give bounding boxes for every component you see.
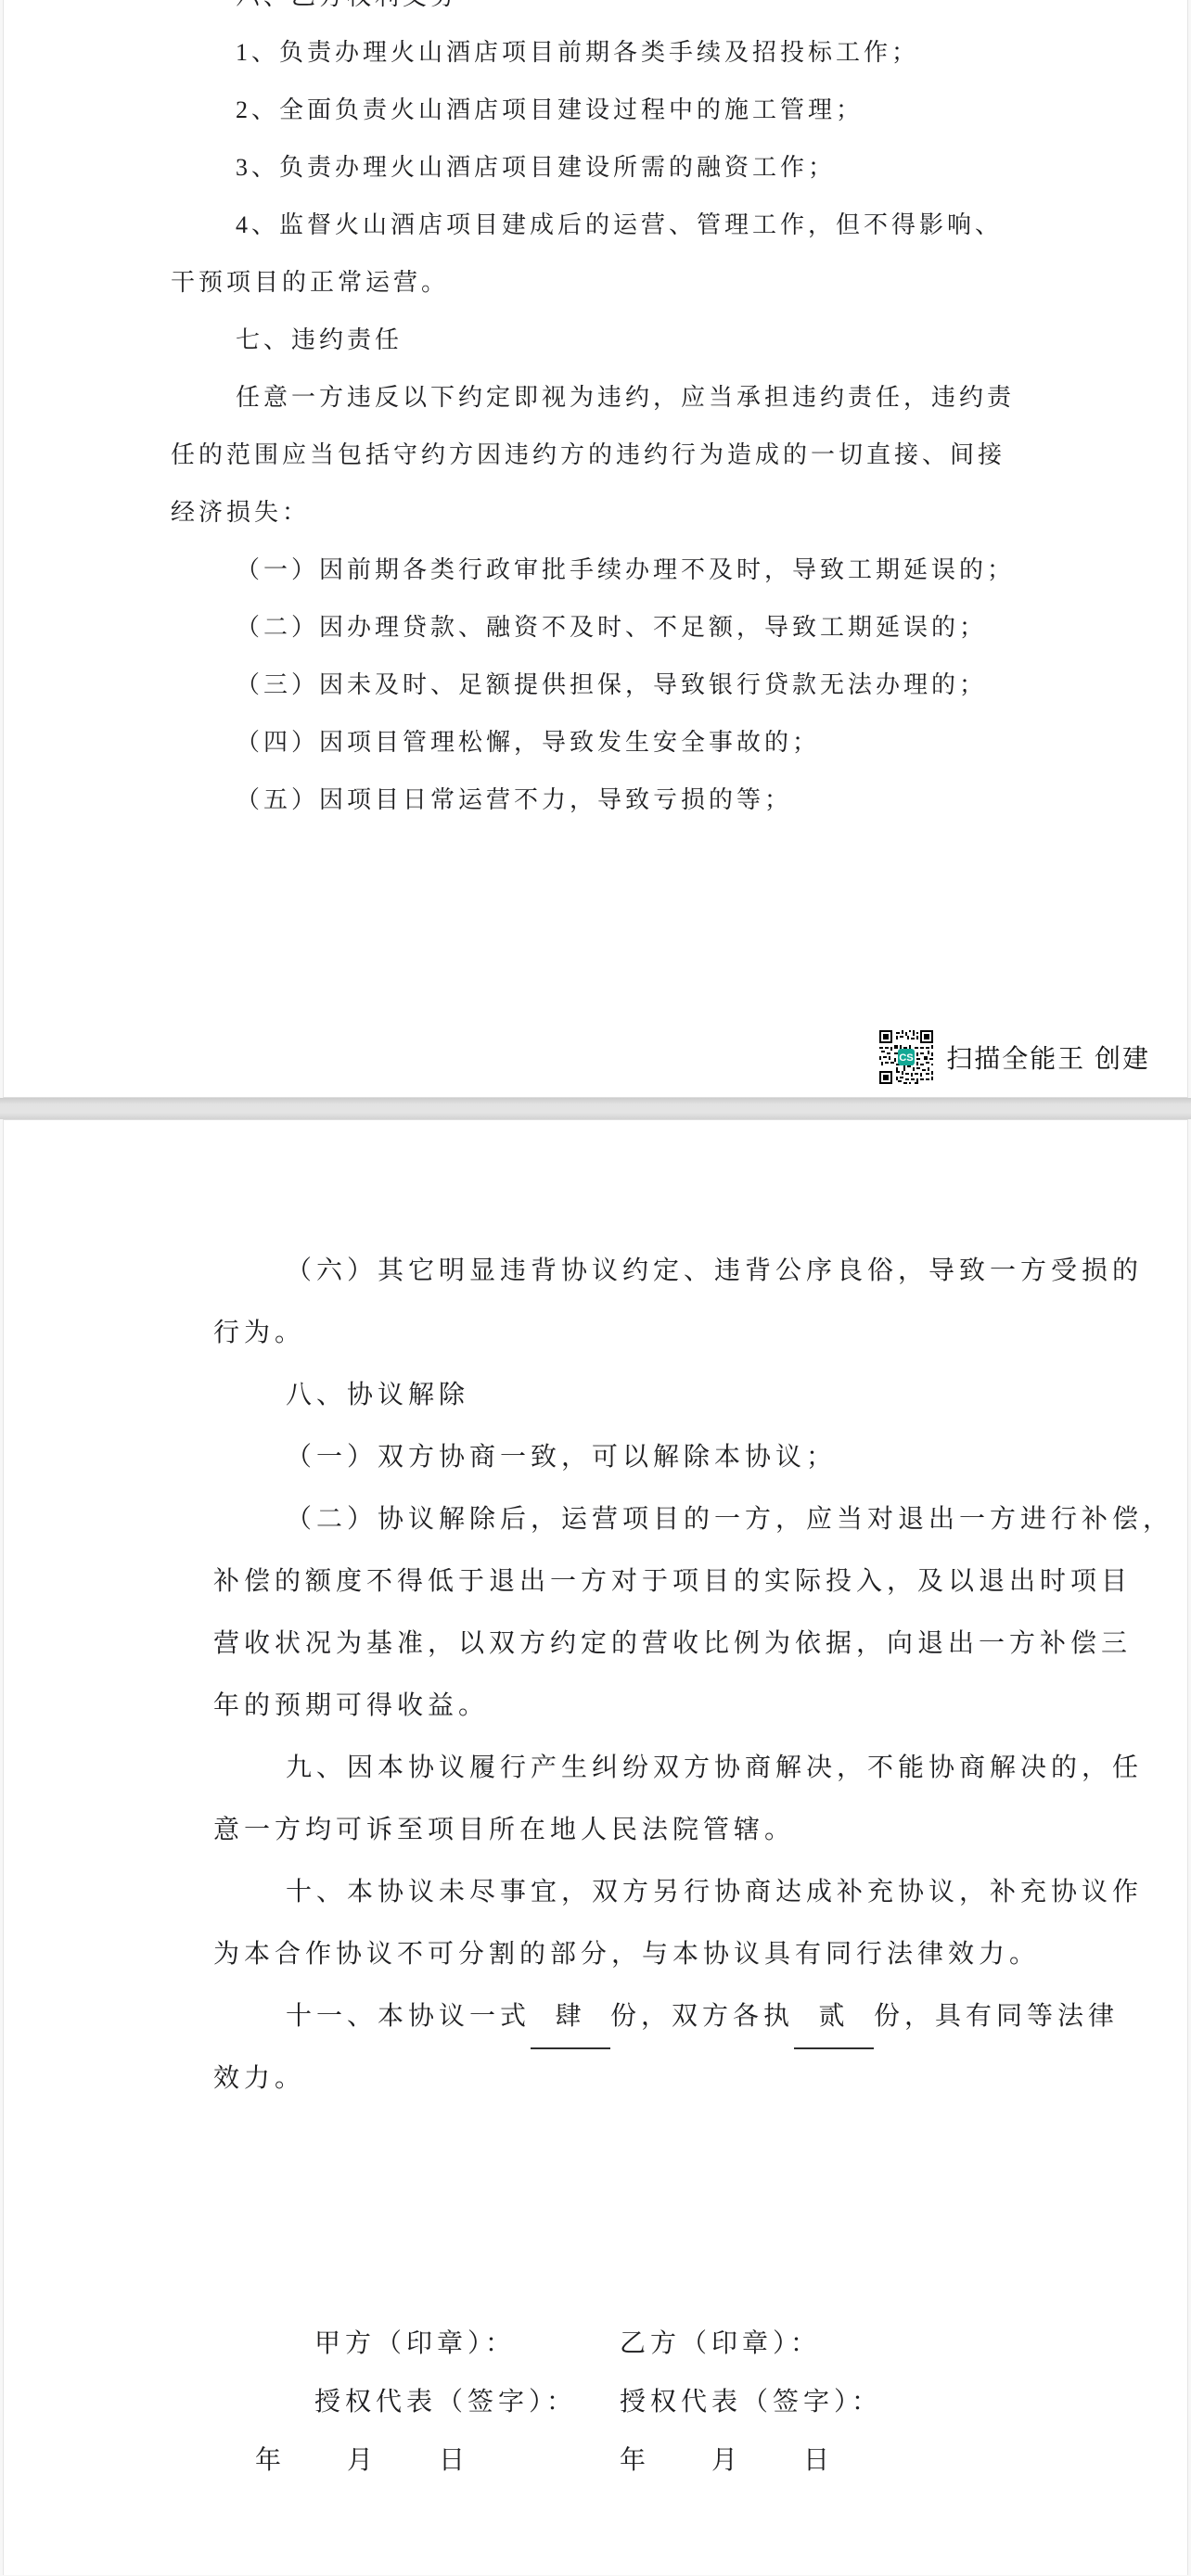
document-page-2: （六）其它明显违背协议约定、违背公序良俗，导致一方受损的行为。八、协议解除（一）… (3, 1119, 1188, 2575)
document-line: 干预项目的正常运营。 (171, 254, 1187, 312)
document-line: 营收状况为基准，以双方约定的营收比例为依据，向退出一方补偿三 (213, 1613, 1187, 1675)
document-line: 意一方均可诉至项目所在地人民法院管辖。 (213, 1799, 1187, 1861)
document-line: 行为。 (213, 1302, 1187, 1364)
page2-text-block: （六）其它明显违背协议约定、违背公序良俗，导致一方受损的行为。八、协议解除（一）… (4, 1120, 1187, 2490)
camscanner-credit-text: 扫描全能王 创建 (946, 1039, 1150, 1076)
signature-seal-row: 甲方（印章）： 乙方（印章）： (213, 2315, 1187, 2373)
party-b-representative-label: 授权代表（签字）： (620, 2373, 882, 2431)
clipped-heading-row: 六、乙方权利义务 (171, 0, 1187, 13)
blank-fill: 贰 (794, 1985, 874, 2049)
document-line: 1、负责办理火山酒店项目前期各类手续及招投标工作； (171, 24, 1187, 82)
page1-lines: 1、负责办理火山酒店项目前期各类手续及招投标工作；2、全面负责火山酒店项目建设过… (171, 24, 1187, 829)
document-line: 任的范围应当包括守约方因违约方的违约行为造成的一切直接、间接 (171, 427, 1187, 484)
document-line: 年的预期可得收益。 (213, 1675, 1187, 1737)
document-line: （三）因未及时、足额提供担保，导致银行贷款无法办理的； (171, 657, 1187, 714)
clipped-heading: 六、乙方权利义务 (171, 0, 1187, 11)
line-segment: 十一、本协议一式 (286, 2002, 531, 2031)
document-line: 任意一方违反以下约定即视为违约，应当承担违约责任，违约责 (171, 369, 1187, 427)
document-line: 2、全面负责火山酒店项目建设过程中的施工管理； (171, 82, 1187, 139)
document-line: 补偿的额度不得低于退出一方对于项目的实际投入，及以退出时项目 (213, 1550, 1187, 1613)
signature-block: 甲方（印章）： 乙方（印章）： 授权代表（签字）： 授权代表（签字）： 年 月 … (213, 2315, 1187, 2490)
page-separator (0, 1098, 1191, 1119)
document-line: 4、监督火山酒店项目建成后的运营、管理工作，但不得影响、 (171, 197, 1187, 254)
page2-lines: （六）其它明显违背协议约定、违背公序良俗，导致一方受损的行为。八、协议解除（一）… (213, 1240, 1187, 2110)
document-line: 十一、本协议一式肆份，双方各执贰份，具有同等法律 (213, 1985, 1187, 2047)
page1-text-block: 六、乙方权利义务 1、负责办理火山酒店项目前期各类手续及招投标工作；2、全面负责… (4, 0, 1187, 829)
camscanner-credit: CS 扫描全能王 创建 (879, 1030, 1150, 1084)
camscanner-logo-text: CS (899, 1052, 914, 1064)
camscanner-qr-icon: CS (879, 1030, 933, 1084)
party-a-date-line: 年 月 日 (213, 2431, 620, 2490)
document-line: 经济损失： (171, 484, 1187, 542)
document-line: 七、违约责任 (171, 312, 1187, 369)
party-b-seal-label: 乙方（印章）： (620, 2315, 821, 2373)
document-line: （二）因办理贷款、融资不及时、不足额，导致工期延误的； (171, 599, 1187, 657)
document-line: 为本合作协议不可分割的部分，与本协议具有同行法律效力。 (213, 1923, 1187, 1985)
signature-date-row: 年 月 日 年 月 日 (213, 2431, 1187, 2490)
document-line: （六）其它明显违背协议约定、违背公序良俗，导致一方受损的 (213, 1240, 1187, 1302)
document-line: 九、因本协议履行产生纠纷双方协商解决，不能协商解决的，任 (213, 1737, 1187, 1799)
document-line: 八、协议解除 (213, 1364, 1187, 1426)
document-line: （一）双方协商一致，可以解除本协议； (213, 1426, 1187, 1488)
party-a-seal-label: 甲方（印章）： (213, 2315, 620, 2373)
document-line: （四）因项目管理松懈，导致发生安全事故的； (171, 714, 1187, 772)
document-page-1: 六、乙方权利义务 1、负责办理火山酒店项目前期各类手续及招投标工作；2、全面负责… (3, 0, 1188, 1098)
party-b-date-line: 年 月 日 (620, 2431, 834, 2490)
document-line: 3、负责办理火山酒店项目建设所需的融资工作； (171, 139, 1187, 197)
signature-rep-row: 授权代表（签字）： 授权代表（签字）： (213, 2373, 1187, 2431)
document-line: （二）协议解除后，运营项目的一方，应当对退出一方进行补偿， (213, 1488, 1187, 1550)
document-line: 十、本协议未尽事宜，双方另行协商达成补充协议，补充协议作 (213, 1861, 1187, 1923)
line-segment: 份，具有同等法律 (874, 2002, 1119, 2031)
party-a-representative-label: 授权代表（签字）： (213, 2373, 620, 2431)
blank-fill: 肆 (531, 1985, 610, 2049)
document-line: （五）因项目日常运营不力，导致亏损的等； (171, 772, 1187, 829)
document-line: （一）因前期各类行政审批手续办理不及时，导致工期延误的； (171, 542, 1187, 599)
line-segment: 份，双方各执 (610, 2002, 794, 2031)
document-line: 效力。 (213, 2047, 1187, 2110)
scanned-document-viewer: 六、乙方权利义务 1、负责办理火山酒店项目前期各类手续及招投标工作；2、全面负责… (0, 0, 1191, 2576)
